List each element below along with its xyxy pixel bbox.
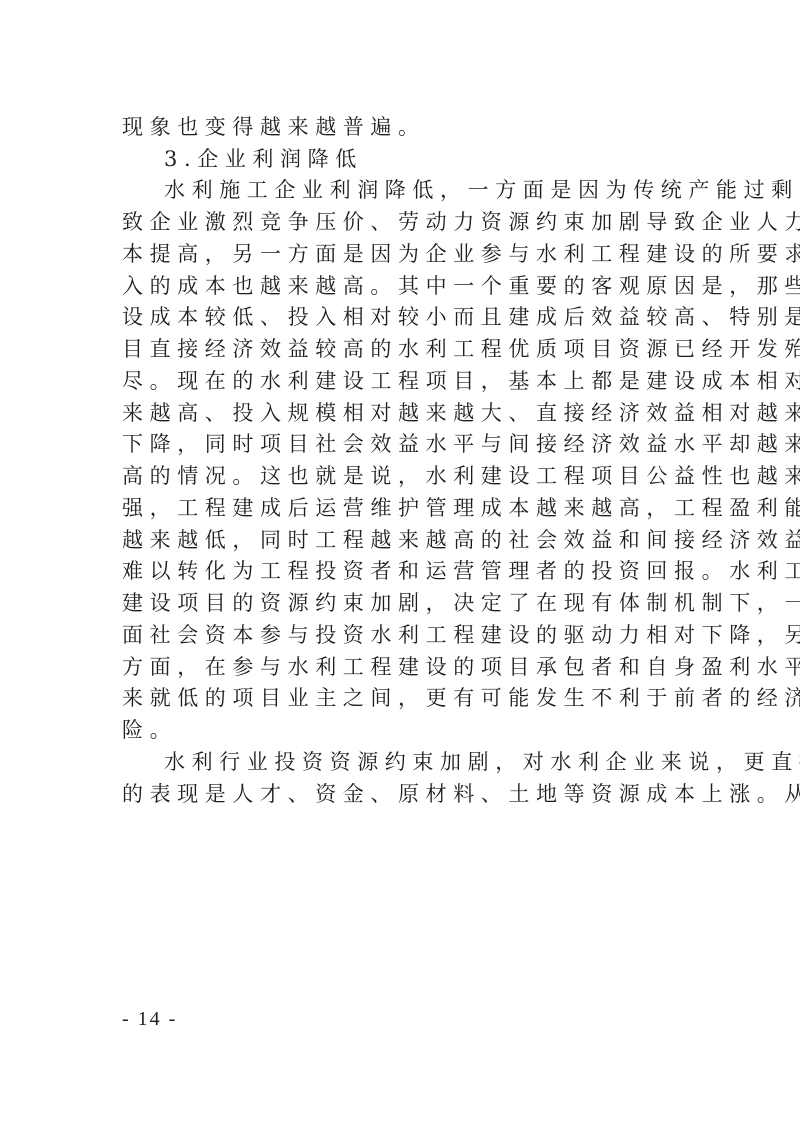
page-number: - 14 - — [122, 1004, 177, 1034]
paragraph-line: 入的成本也越来越高。其中一个重要的客观原因是，那些建 — [122, 271, 682, 302]
paragraph-line: 本提高，另一方面是因为企业参与水利工程建设的所要求投 — [122, 239, 682, 270]
paragraph-line: 设成本较低、投入相对较小而且建成后效益较高、特别是项 — [122, 302, 682, 333]
paragraph-line: 方面，在参与水利工程建设的项目承包者和自身盈利水平本 — [122, 652, 682, 683]
paragraph-line: 下降，同时项目社会效益水平与间接经济效益水平却越来越 — [122, 429, 682, 460]
document-page: 现象也变得越来越普遍。 3.企业利润降低 水利施工企业利润降低，一方面是因为传统… — [0, 0, 800, 1131]
paragraph-line: 尽。现在的水利建设工程项目，基本上都是建设成本相对越 — [122, 366, 682, 397]
paragraph-line: 建设项目的资源约束加剧，决定了在现有体制机制下，一方 — [122, 588, 682, 619]
paragraph-line: 高的情况。这也就是说，水利建设工程项目公益性也越来越 — [122, 461, 682, 492]
paragraph-line: 致企业激烈竞争压价、劳动力资源约束加剧导致企业人力成 — [122, 207, 682, 238]
paragraph-line: 来就低的项目业主之间，更有可能发生不利于前者的经济风 — [122, 683, 682, 714]
paragraph-line: 难以转化为工程投资者和运营管理者的投资回报。水利工程 — [122, 556, 682, 587]
paragraph-line: 险。 — [122, 715, 682, 746]
paragraph-line: 水利施工企业利润降低，一方面是因为传统产能过剩导 — [164, 175, 724, 206]
text-line-continuation: 现象也变得越来越普遍。 — [122, 112, 682, 143]
paragraph-line: 来越高、投入规模相对越来越大、直接经济效益相对越来越 — [122, 398, 682, 429]
paragraph-line: 目直接经济效益较高的水利工程优质项目资源已经开发殆 — [122, 334, 682, 365]
paragraph-line: 越来越低，同时工程越来越高的社会效益和间接经济效益却 — [122, 525, 682, 556]
paragraph-line: 水利行业投资资源约束加剧，对水利企业来说，更直接 — [164, 747, 724, 778]
paragraph-line: 面社会资本参与投资水利工程建设的驱动力相对下降，另一 — [122, 620, 682, 651]
paragraph-line: 的表现是人才、资金、原材料、土地等资源成本上涨。从资 — [122, 779, 682, 810]
paragraph-line: 强，工程建成后运营维护管理成本越来越高，工程盈利能力 — [122, 493, 682, 524]
section-heading: 3.企业利润降低 — [164, 144, 724, 175]
